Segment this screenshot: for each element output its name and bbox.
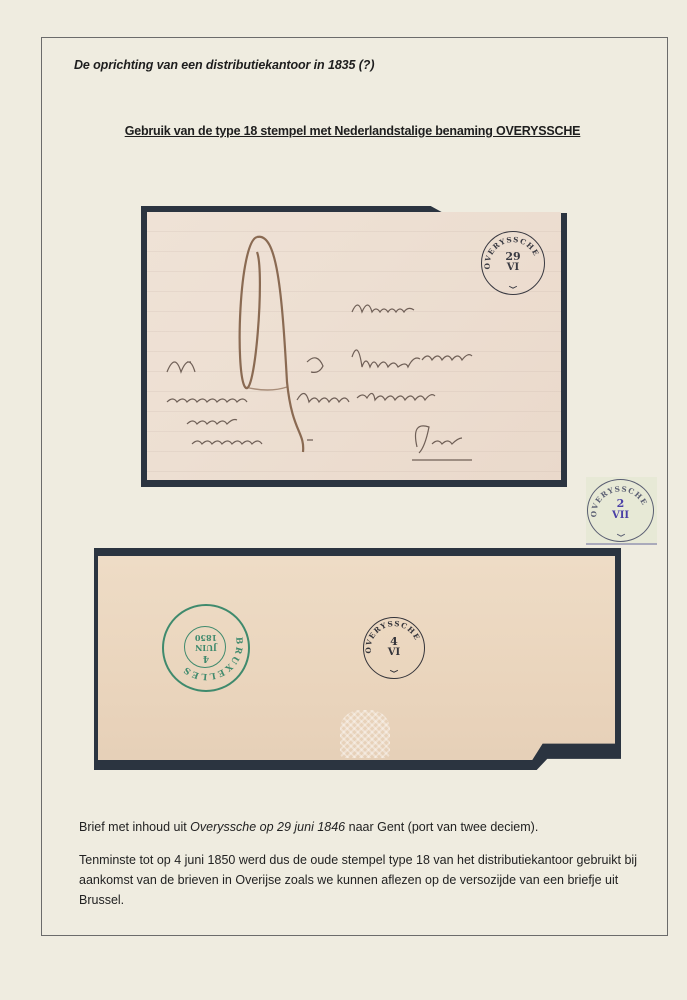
postmark-overyssche-4-vi: OVERYSSCHE 4 VI xyxy=(363,617,425,679)
embossed-seal xyxy=(340,710,390,758)
postmark-overyssche-29-vi: OVERYSSCHE 29 VI xyxy=(481,231,545,295)
postmark-overyssche-2-vii: OVERYSSCHE 2 VII xyxy=(587,479,654,542)
page-heading: De oprichting van een distributiekantoor… xyxy=(74,58,374,72)
caption-stamp-usage: Tenminste tot op 4 juni 1850 werd dus de… xyxy=(79,850,639,910)
section-title: Gebruik van de type 18 stempel met Neder… xyxy=(0,124,687,138)
caption-letter-description: Brief met inhoud uit Overyssche op 29 ju… xyxy=(79,817,639,837)
postmark-bruxelles-transit: BRUXELLES 4 JUIN 1850 xyxy=(162,604,250,692)
